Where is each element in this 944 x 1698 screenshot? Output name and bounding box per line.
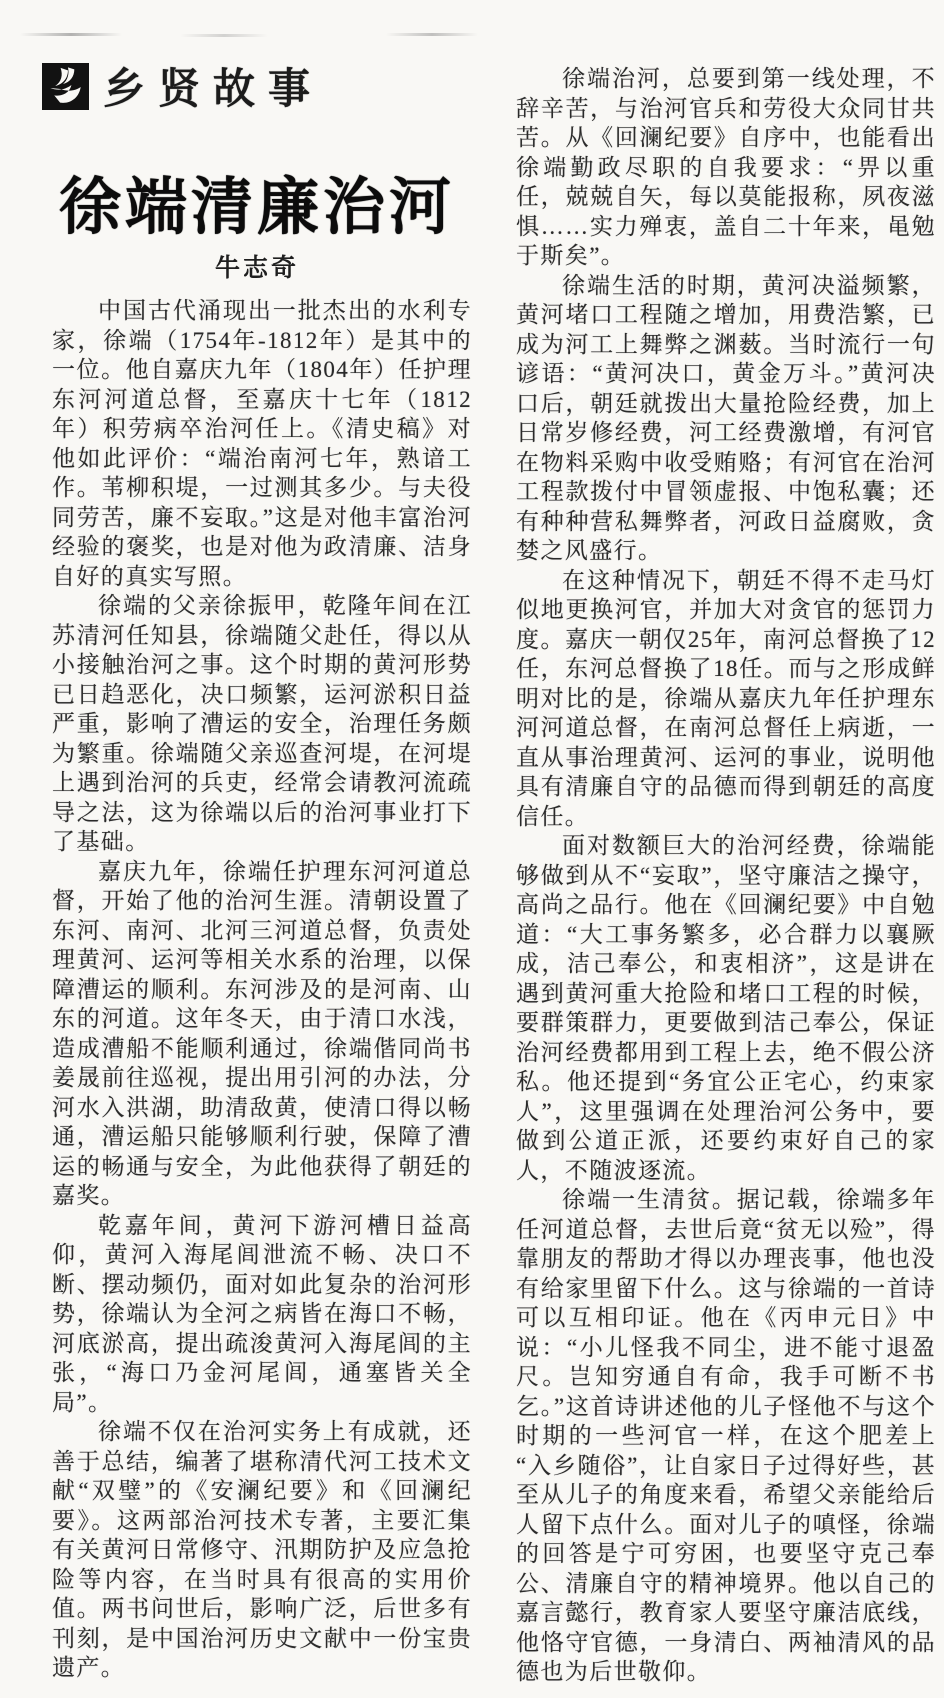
bird-logo-icon: [42, 63, 89, 110]
article-paragraph: 面对数额巨大的治河经费，徐端能够做到从不“妄取”，坚守廉洁之操守，高尚之品行。他…: [516, 831, 936, 1185]
article-paragraph: 乾嘉年间，黄河下游河槽日益高仰，黄河入海尾闾泄流不畅、决口不断、摆动频仍，面对如…: [52, 1211, 472, 1418]
article-paragraph: 徐端的父亲徐振甲，乾隆年间在江苏清河任知县，徐端随父赴任，得以从小接触治河之事。…: [52, 591, 472, 857]
article-author: 牛志奇: [42, 248, 472, 284]
article-paragraph: 中国古代涌现出一批杰出的水利专家，徐端（1754年-1812年）是其中的一位。他…: [52, 296, 472, 591]
section-label: 乡贤故事: [103, 56, 323, 116]
right-column-body: 徐端治河，总要到第一线处理，不辞辛苦，与治河官兵和劳役大众同甘共苦。从《回澜纪要…: [516, 64, 936, 1687]
scanned-article-page: 乡贤故事 徐端清廉治河 牛志奇 中国古代涌现出一批杰出的水利专家，徐端（1754…: [0, 0, 944, 1698]
left-column-body: 中国古代涌现出一批杰出的水利专家，徐端（1754年-1812年）是其中的一位。他…: [52, 296, 472, 1683]
section-header: 乡贤故事: [42, 56, 323, 116]
article-paragraph: 在这种情况下，朝廷不得不走马灯似地更换河官，并加大对贪官的惩罚力度。嘉庆一朝仅2…: [516, 566, 936, 832]
left-column: 乡贤故事 徐端清廉治河 牛志奇 中国古代涌现出一批杰出的水利专家，徐端（1754…: [42, 0, 472, 1698]
article-paragraph: 嘉庆九年，徐端任护理东河河道总督，开始了他的治河生涯。清朝设置了东河、南河、北河…: [52, 857, 472, 1211]
article-paragraph: 徐端一生清贫。据记载，徐端多年任河道总督，去世后竟“贫无以殓”，得靠朋友的帮助才…: [516, 1185, 936, 1687]
right-column: 徐端治河，总要到第一线处理，不辞辛苦，与治河官兵和劳役大众同甘共苦。从《回澜纪要…: [514, 0, 938, 1698]
article-paragraph: 徐端生活的时期，黄河决溢频繁，黄河堵口工程随之增加，用费浩繁，已成为河工上舞弊之…: [516, 271, 936, 566]
article-paragraph: 徐端治河，总要到第一线处理，不辞辛苦，与治河官兵和劳役大众同甘共苦。从《回澜纪要…: [516, 64, 936, 271]
article-paragraph: 徐端不仅在治河实务上有成就，还善于总结，编著了堪称清代河工技术文献“双璧”的《安…: [52, 1417, 472, 1683]
article-title: 徐端清廉治河: [42, 174, 472, 242]
